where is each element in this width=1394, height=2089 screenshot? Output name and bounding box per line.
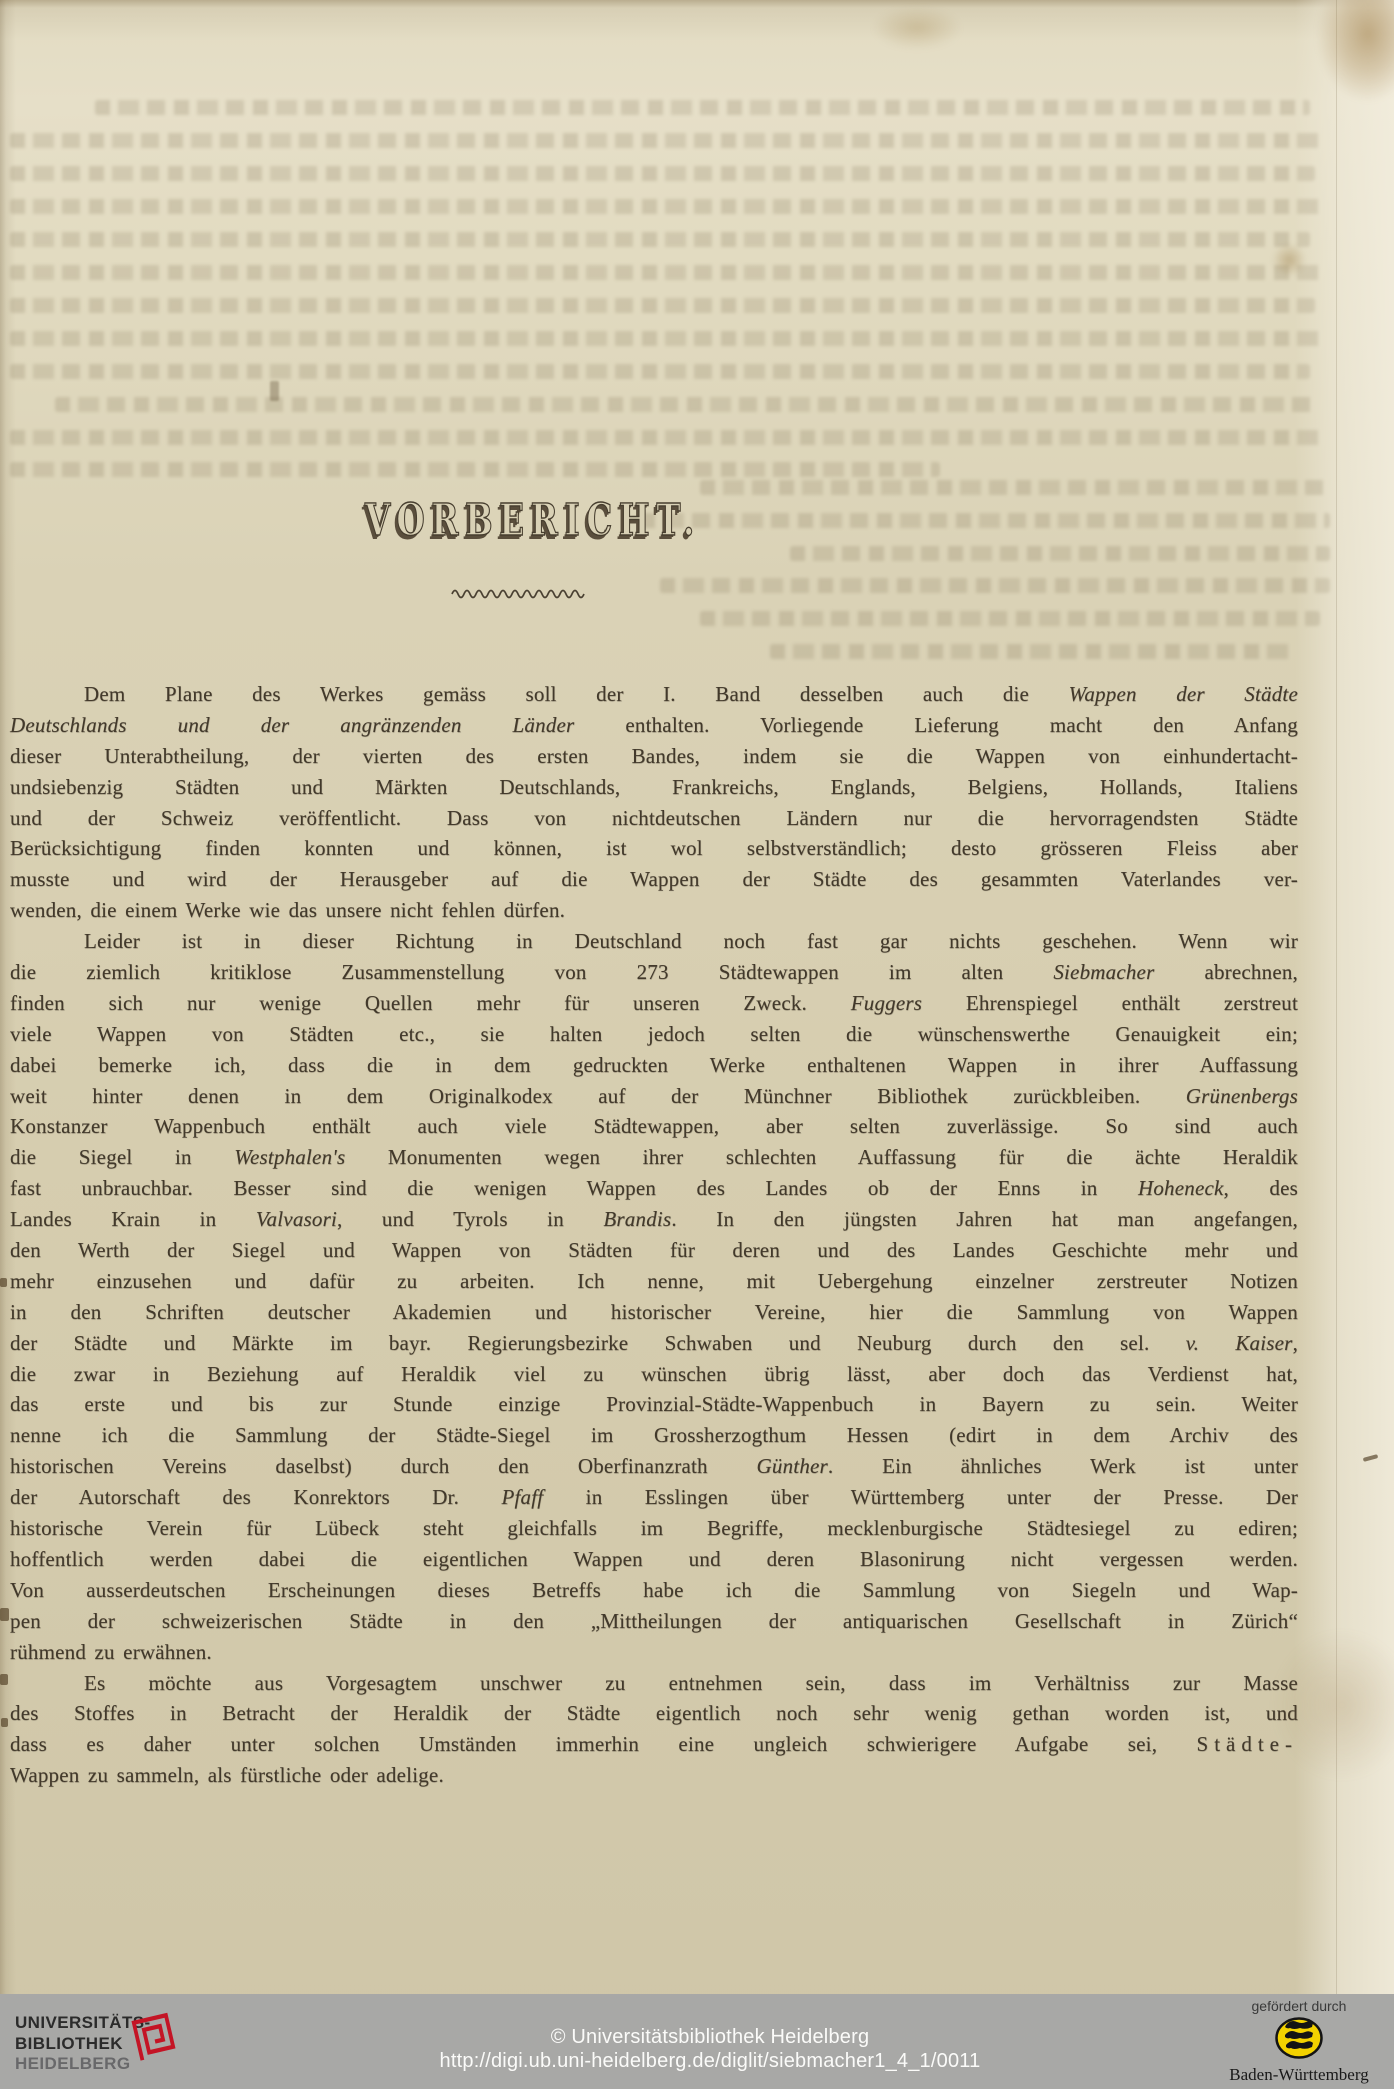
text-segment: der Städte und Märkte im bayr. Regierung… [10,1331,1186,1355]
text-line: undsiebenzig Städten und Märkten Deutsch… [10,772,1298,803]
text-segment: Dem Plane des Werkes gemäss soll der I. … [84,682,1069,706]
text-line: die zwar in Beziehung auf Heraldik viel … [10,1359,1298,1390]
text-line: Leider ist in dieser Richtung in Deutsch… [10,926,1298,957]
text-segment: die zwar in Beziehung auf Heraldik viel … [10,1362,1298,1386]
fleck [1363,1454,1379,1462]
text-line: der Städte und Märkte im bayr. Regierung… [10,1328,1298,1359]
library-name-line: BIBLIOTHEK [15,2034,151,2055]
text-segment: Wappen zu sammeln, als fürstliche oder a… [10,1763,444,1787]
text-segment: Günther [757,1454,828,1478]
text-segment: . In den jüngsten Jahren hat man angefan… [671,1207,1298,1231]
text-segment: mehr einzusehen und dafür zu arbeiten. I… [10,1269,1298,1293]
bleedthrough-line [55,397,1315,412]
bleedthrough-line [700,611,1320,626]
bleedthrough-line [10,199,1325,214]
text-segment: des Stoffes in Betracht der Heraldik der… [10,1701,1298,1725]
text-segment: musste und wird der Herausgeber auf die … [10,867,1298,891]
text-line: Dem Plane des Werkes gemäss soll der I. … [10,679,1298,710]
text-segment: Siebmacher [1053,960,1154,984]
page-scan: VORBERICHT. Dem Plane des Werkes gemäss … [0,0,1394,2089]
text-segment: Berücksichtigung finden konnten und könn… [10,836,1298,860]
text-segment: Landes Krain in [10,1207,256,1231]
text-line: viele Wappen von Städten etc., sie halte… [10,1019,1298,1050]
text-segment: der Autorschaft des Konrektors Dr. [10,1485,501,1509]
text-line: Konstanzer Wappenbuch enthält auch viele… [10,1111,1298,1142]
copyright-text: © Universitätsbibliothek Heidelberg [330,2025,1090,2049]
text-segment: Pfaff [501,1485,543,1509]
text-line: die Siegel in Westphalen's Monumenten we… [10,1142,1298,1173]
text-segment: enthalten. Vorliegende Lieferung macht d… [574,713,1298,737]
text-segment: wenden, die einem Werke wie das unsere n… [10,898,565,922]
text-line: historischen Vereins daselbst) durch den… [10,1451,1298,1482]
text-segment: den Werth der Siegel und Wappen von Städ… [10,1238,1298,1262]
text-line: pen der schweizerischen Städte in den „M… [10,1606,1298,1637]
bleedthrough-line [790,546,1330,561]
bleedthrough-line [10,364,1310,379]
text-segment: , des [1224,1176,1298,1200]
text-line: mehr einzusehen und dafür zu arbeiten. I… [10,1266,1298,1297]
stain [1316,0,1394,102]
text-segment: in Esslingen über Württemberg unter der … [543,1485,1298,1509]
text-segment: Grünenbergs [1186,1084,1298,1108]
text-segment: Deutschlands und der angränzenden Länder [10,713,574,737]
bleedthrough-line [10,166,1315,181]
copyright-block: © Universitätsbibliothek Heidelberg http… [330,2025,1090,2073]
text-segment: finden sich nur wenige Quellen mehr für … [10,991,851,1015]
text-segment: in den Schriften deutscher Akademien und… [10,1300,1298,1324]
resource-url: http://digi.ub.uni-heidelberg.de/diglit/… [330,2049,1090,2073]
text-line: wenden, die einem Werke wie das unsere n… [10,895,1298,926]
bleedthrough-line [10,430,1320,445]
library-name-line: HEIDELBERG [15,2054,151,2075]
text-segment: die ziemlich kritiklose Zusammenstellung… [10,960,1053,984]
text-segment: Von ausserdeutschen Erscheinungen dieses… [10,1578,1298,1602]
text-segment: Städte- [1197,1732,1298,1756]
text-segment: Valvasori [256,1207,337,1231]
fleck [0,1674,8,1685]
fleck [0,1278,7,1287]
ornament-squiggle-icon [450,586,590,600]
body-text: Dem Plane des Werkes gemäss soll der I. … [10,679,1298,1791]
text-segment: Brandis [603,1207,671,1231]
text-line: hoffentlich werden dabei die eigentliche… [10,1544,1298,1575]
text-segment: und der Schweiz veröffentlicht. Dass von… [10,806,1298,830]
text-segment: das erste und bis zur Stunde einzige Pro… [10,1392,1298,1416]
text-segment: Fuggers [851,991,922,1015]
fleck [270,381,279,401]
text-segment: Leider ist in dieser Richtung in Deutsch… [84,929,1298,953]
text-segment: historischen Vereins daselbst) durch den… [10,1454,757,1478]
text-line: nenne ich die Sammlung der Städte-Siegel… [10,1420,1298,1451]
text-segment: Konstanzer Wappenbuch enthält auch viele… [10,1114,1298,1138]
fleck [1,1718,8,1727]
text-line: Es möchte aus Vorgesagtem unschwer zu en… [10,1668,1298,1699]
bleedthrough-line [10,265,1320,280]
text-line: der Autorschaft des Konrektors Dr. Pfaff… [10,1482,1298,1513]
text-segment: Es möchte aus Vorgesagtem unschwer zu en… [84,1671,1298,1695]
text-line: Berücksichtigung finden konnten und könn… [10,833,1298,864]
text-line: rühmend zu erwähnen. [10,1637,1298,1668]
text-segment: dass es daher unter solchen Umständen im… [10,1732,1197,1756]
page-title: VORBERICHT. [139,498,928,544]
text-segment: Hoheneck [1138,1176,1224,1200]
text-line: dieser Unterabtheilung, der vierten des … [10,741,1298,772]
text-segment: hoffentlich werden dabei die eigentliche… [10,1547,1298,1571]
text-line: Landes Krain in Valvasori, und Tyrols in… [10,1204,1298,1235]
text-line: Wappen zu sammeln, als fürstliche oder a… [10,1760,1298,1791]
text-segment: Ehrenspiegel enthält zerstreut [922,991,1298,1015]
text-segment: Wappen der Städte [1069,682,1298,706]
text-segment: dabei bemerke ich, dass die in dem gedru… [10,1053,1298,1077]
bleedthrough-line [770,644,1290,659]
bleedthrough-line [10,298,1315,313]
baden-wuerttemberg-arms-icon [1274,2016,1324,2060]
text-line: finden sich nur wenige Quellen mehr für … [10,988,1298,1019]
text-line: des Stoffes in Betracht der Heraldik der… [10,1698,1298,1729]
funder-block: gefördert durch Baden-Württemberg [1205,1998,1393,2084]
funded-by-label: gefördert durch [1205,1998,1393,2014]
text-line: das erste und bis zur Stunde einzige Pro… [10,1389,1298,1420]
text-line: Deutschlands und der angränzenden Länder… [10,710,1298,741]
text-segment: v. Kaiser [1186,1331,1293,1355]
fleck [0,1608,9,1621]
bleedthrough-line [660,578,1330,593]
text-segment: fast unbrauchbar. Besser sind die wenige… [10,1176,1138,1200]
text-line: weit hinter denen in dem Originalkodex a… [10,1081,1298,1112]
text-line: Von ausserdeutschen Erscheinungen dieses… [10,1575,1298,1606]
bleedthrough-line [10,331,1325,346]
text-segment: Monumenten wegen ihrer schlechten Auffas… [345,1145,1298,1169]
footer-bar: UNIVERSITÄTS- BIBLIOTHEK HEIDELBERG © Un… [0,1994,1394,2089]
bleedthrough-line [700,480,1330,495]
bleedthrough-line [10,462,940,477]
stain [872,6,962,50]
text-segment: rühmend zu erwähnen. [10,1640,212,1664]
text-line: in den Schriften deutscher Akademien und… [10,1297,1298,1328]
text-line: den Werth der Siegel und Wappen von Städ… [10,1235,1298,1266]
text-segment: abrechnen, [1154,960,1298,984]
text-segment: die Siegel in [10,1145,234,1169]
text-segment: viele Wappen von Städten etc., sie halte… [10,1022,1298,1046]
text-segment: historische Verein für Lübeck steht glei… [10,1516,1298,1540]
funder-name: Baden-Württemberg [1205,2066,1393,2084]
bleedthrough-line [10,232,1310,247]
text-segment: , [1293,1331,1298,1355]
text-line: dabei bemerke ich, dass die in dem gedru… [10,1050,1298,1081]
text-segment: undsiebenzig Städten und Märkten Deutsch… [10,775,1298,799]
text-segment: . Ein ähnliches Werk ist unter [828,1454,1298,1478]
text-segment: Westphalen's [234,1145,345,1169]
page-crease [1336,0,1337,1994]
text-segment: dieser Unterabtheilung, der vierten des … [10,744,1298,768]
bleedthrough-line [95,100,1310,115]
text-segment: , und Tyrols in [337,1207,603,1231]
text-line: die ziemlich kritiklose Zusammenstellung… [10,957,1298,988]
text-segment: nenne ich die Sammlung der Städte-Siegel… [10,1423,1298,1447]
bleedthrough-line [10,133,1320,148]
text-line: historische Verein für Lübeck steht glei… [10,1513,1298,1544]
text-segment: pen der schweizerischen Städte in den „M… [10,1609,1298,1633]
text-line: musste und wird der Herausgeber auf die … [10,864,1298,895]
text-segment: weit hinter denen in dem Originalkodex a… [10,1084,1186,1108]
text-line: fast unbrauchbar. Besser sind die wenige… [10,1173,1298,1204]
text-line: und der Schweiz veröffentlicht. Dass von… [10,803,1298,834]
text-line: dass es daher unter solchen Umständen im… [10,1729,1298,1760]
